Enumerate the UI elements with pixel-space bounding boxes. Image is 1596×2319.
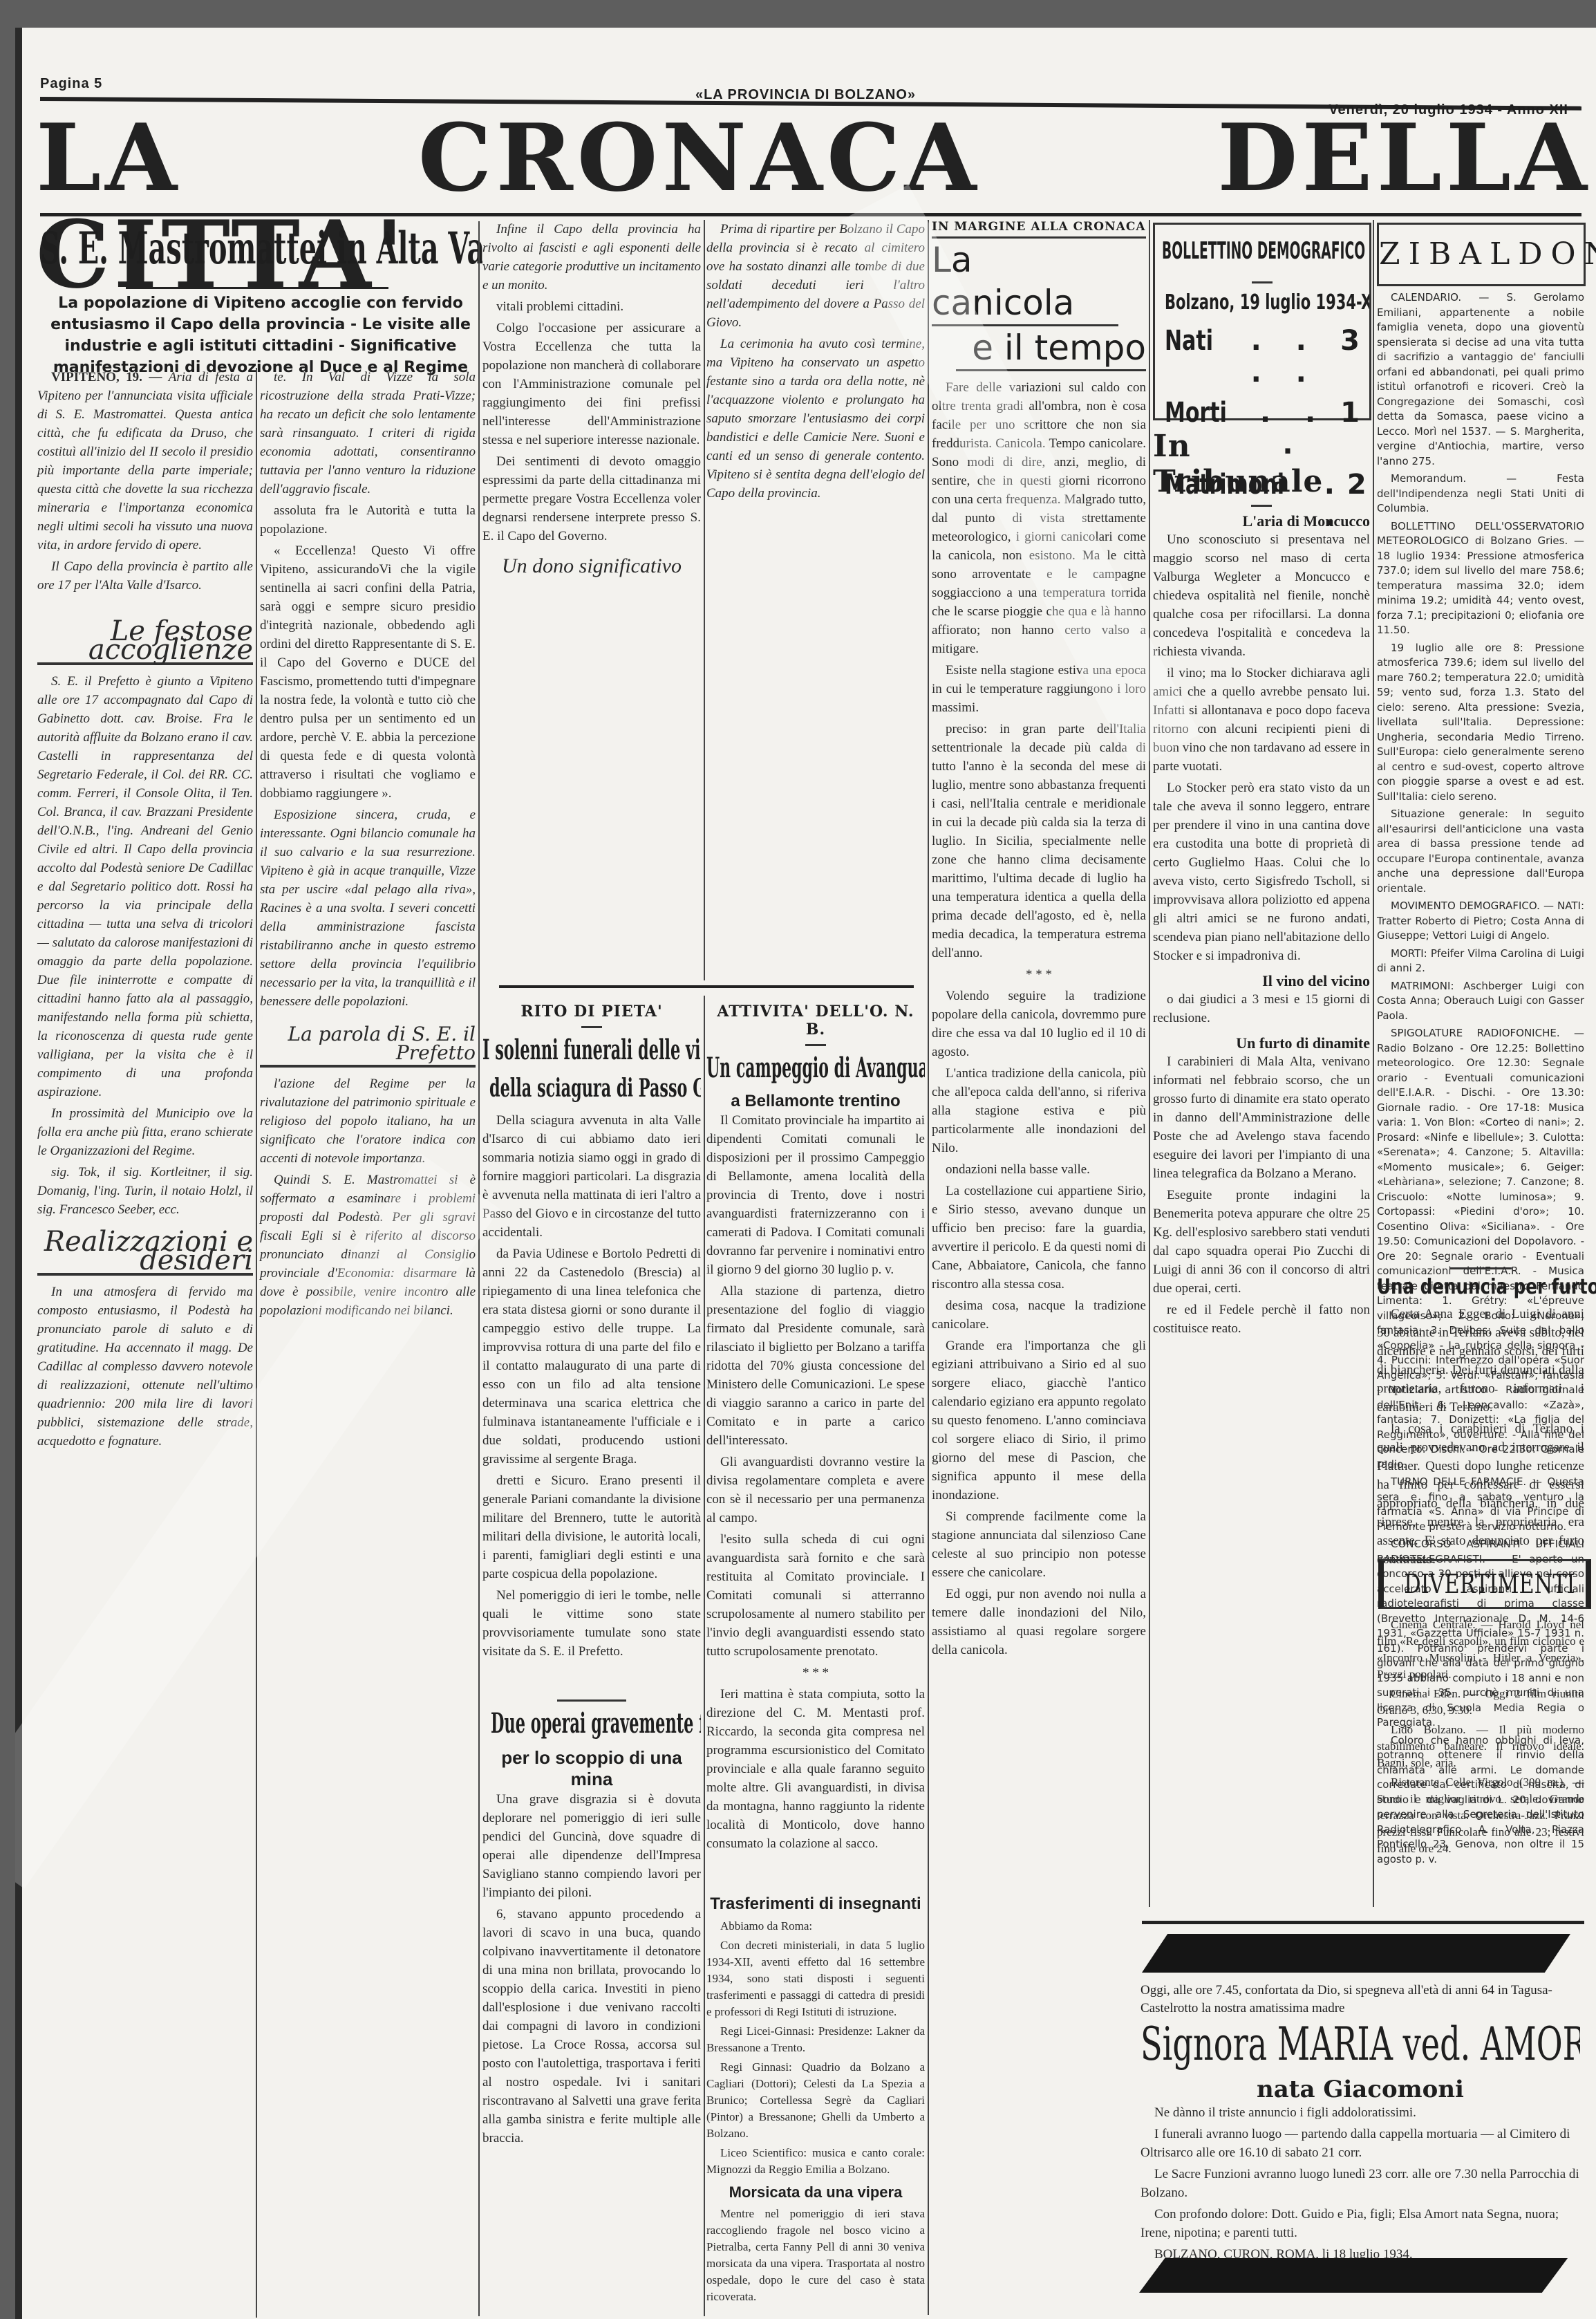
lead-headline: S. E. Mastromattei in Alta Valle d'Isarc… — [40, 218, 482, 280]
onb-subhead: a Bellamonte trentino — [706, 1092, 925, 1111]
onb-paragraph: Gli avanguardisti dovranno vestire la di… — [706, 1453, 925, 1527]
necrologio-paragraph: I funerali avranno luogo — partendo dall… — [1140, 2125, 1580, 2162]
col3-paragraph: Colgo l'occasione per assicurare a Vostr… — [482, 319, 701, 449]
lead-deck: La popolazione di Vipiteno accoglie con … — [50, 292, 471, 378]
page-binding-edge — [15, 28, 22, 2319]
lead-paragraph: te. In Val di Vizze la sola ricostruzion… — [260, 368, 476, 499]
canicola-paragraph: Volendo seguire la tradizione popolare d… — [932, 987, 1146, 1061]
onb-headline: Un campeggio di Avanguardisti — [706, 1052, 923, 1084]
trasferimenti-paragraph: Regi Licei-Ginnasi: Presidenze: Lakner d… — [706, 2023, 925, 2056]
zibaldone-paragraph: MATRIMONI: Aschberger Luigi con Costa An… — [1377, 979, 1584, 1024]
zibaldone-paragraph: Situazione generale: In seguito all'esau… — [1377, 807, 1584, 896]
tribunale-paragraph: re ed il Fedele perchè il fatto non cost… — [1153, 1301, 1370, 1338]
necrologio-nata: nata Giacomoni — [1140, 2076, 1580, 2103]
bollettino-date: Bolzano, 19 luglio 1934-XII — [1165, 290, 1369, 315]
canicola-paragraph: Si comprende facilmente come la stagione… — [932, 1507, 1146, 1582]
banner-rule — [40, 213, 1581, 216]
tribunale-subhead-2: Il vino del vicino — [1153, 972, 1370, 990]
tribunale-body-1: Uno sconosciuto si presentava nel maggio… — [1153, 530, 1370, 965]
section-divider — [557, 1699, 626, 1702]
tribunale-paragraph: I carabinieri di Mala Alta, venivano inf… — [1153, 1052, 1370, 1183]
canicola-headline-2: e il tempo — [956, 326, 1146, 371]
necrologio: Oggi, alle ore 7.45, confortata da Dio, … — [1140, 1982, 1580, 2266]
lead-paragraph: Esposizione sincera, cruda, e interessan… — [260, 805, 476, 1011]
section-dono: Un dono significativo — [482, 557, 701, 575]
lead-column-4: Prima di ripartire per Bolzano il Capo d… — [706, 220, 925, 505]
divertimenti-body: Cinema Centrale. — Harold Lloyd nel film… — [1377, 1617, 1584, 1860]
operai-body: Una grave disgrazia si è dovuta deplorar… — [482, 1790, 701, 2148]
onb-kicker: ATTIVITA' DELL'O. N. B. — [706, 1003, 925, 1039]
title-rule — [1252, 281, 1273, 283]
leader-dots: . . . . — [1229, 325, 1340, 389]
canicola-paragraph: desima cosa, nacque la tradizione canico… — [932, 1296, 1146, 1334]
section-festose: Le festose accoglienze — [37, 622, 253, 665]
divertimenti-box: DIVERTIMENTI — [1378, 1559, 1591, 1609]
zibaldone-paragraph: MORTI: Pfeifer Vilma Carolina di Luigi d… — [1377, 947, 1584, 976]
trasferimenti-paragraph: Liceo Scientifico: musica e canto corale… — [706, 2145, 925, 2178]
col3-paragraph: Infine il Capo della provincia ha rivolt… — [482, 220, 701, 295]
parola-paragraph: Quindi S. E. Mastromattei si è soffermat… — [260, 1171, 476, 1320]
zibaldone-paragraph: 19 luglio alle ore 8: Pressione atmosfer… — [1377, 641, 1584, 805]
festose-paragraph: S. E. il Prefetto è giunto a Vipiteno al… — [37, 672, 253, 1101]
col4-paragraph: Prima di ripartire per Bolzano il Capo d… — [706, 220, 925, 332]
tribunale-paragraph: il vino; ma lo Stocker dichiarava agli a… — [1153, 664, 1370, 776]
demographic-value: 3 — [1340, 325, 1360, 389]
bollettino-demografico-box: BOLLETTINO DEMOGRAFICO Bolzano, 19 lugli… — [1153, 223, 1371, 420]
zibaldone-box: ZIBALDONE — [1377, 223, 1586, 286]
operai-paragraph: 6, stavano appunto procedendo a lavori d… — [482, 1905, 701, 2148]
kicker-rule — [581, 1026, 602, 1028]
zibaldone-title: ZIBALDONE — [1379, 225, 1584, 284]
operai-headline: Due operai gravemente feriti — [491, 1707, 701, 1740]
parola-paragraph: l'azione del Regime per la rivalutazione… — [260, 1074, 476, 1168]
necrologio-paragraph: Ne dànno il triste annuncio i figli addo… — [1140, 2103, 1580, 2122]
lead-column-3: Infine il Capo della provincia ha rivolt… — [482, 220, 701, 581]
section-divider — [1449, 1267, 1512, 1269]
separator-asterisks: * * * — [706, 1664, 925, 1682]
tribunale-headline: In Tribunale — [1153, 429, 1370, 499]
canicola-paragraph: preciso: in gran parte dell'Italia sette… — [932, 720, 1146, 962]
rito-headline: I solenni funerali delle vittime — [482, 1034, 700, 1066]
divertimenti-paragraph: Cinema Centrale. — Harold Lloyd nel film… — [1377, 1617, 1584, 1683]
rito-kicker: RITO DI PIETA' — [482, 1003, 701, 1021]
zibaldone-paragraph: Memorandum. — Festa dell'Indipendenza ne… — [1377, 472, 1584, 516]
festose-paragraph: sig. Tok, il sig. Kortleitner, il sig. D… — [37, 1163, 253, 1219]
realizzazioni-paragraph: In una atmosfera di fervido ma composto … — [37, 1283, 253, 1451]
lead-column-2: te. In Val di Vizze la sola ricostruzion… — [260, 368, 476, 1323]
necrologio-name: Signora MARIA ved. AMORT — [1140, 2018, 1576, 2071]
tribunale-subhead-3: Un furto di dinamite — [1153, 1034, 1370, 1052]
column-rule — [704, 220, 705, 980]
section-divider — [499, 985, 914, 988]
divertimenti-title: DIVERTIMENTI — [1404, 1561, 1566, 1607]
operai-subhead: per lo scoppio di una mina — [482, 1747, 701, 1790]
lead-headline-block: S. E. Mastromattei in Alta Valle d'Isarc… — [40, 218, 482, 280]
denuncia-article: Una denuncia per furto Certa Anna Egger … — [1377, 1262, 1584, 1572]
onb-paragraph: Alla stazione di partenza, dietro presen… — [706, 1282, 925, 1450]
canicola-paragraph: La costellazione cui appartiene Sirio, e… — [932, 1182, 1146, 1294]
rito-paragraph: Nel pomeriggio di ieri le tombe, nelle q… — [482, 1586, 701, 1661]
trasferimenti-paragraph: Con decreti ministeriali, in data 5 lugl… — [706, 1937, 925, 2020]
canicola-paragraph: Fare delle variazioni sul caldo con oltr… — [932, 378, 1146, 658]
canicola-headline-1: La canicola — [932, 239, 1118, 326]
tribunale-subhead-1: L'aria di Moncucco — [1153, 512, 1370, 530]
denuncia-paragraph: Certa Anna Egger di Luigi di anni 30 abi… — [1377, 1305, 1584, 1417]
canicola-paragraph: ondazioni nella basse valle. — [932, 1160, 1146, 1179]
rito-body: Della sciagura avvenuta in alta Valle d'… — [482, 1111, 701, 1661]
tribunale-paragraph: o dai giudici a 3 mesi e 15 giorni di re… — [1153, 990, 1370, 1027]
kicker-rule — [805, 1044, 826, 1046]
lead-column-1: VIPITENO, 19. — Aria di festa a Vipiteno… — [37, 368, 253, 1453]
section-parola: La parola di S. E. il Prefetto — [260, 1025, 476, 1068]
section-realizzazioni: Realizzazioni e desideri — [37, 1233, 253, 1276]
newspaper-page: Pagina 5 «LA PROVINCIA DI BOLZANO» Vener… — [15, 28, 1596, 2319]
demographic-row: Nati. . . .3 — [1155, 321, 1369, 393]
separator-asterisks: * * * — [932, 965, 1146, 984]
tribunale-paragraph: Lo Stocker però era stato visto da un ta… — [1153, 779, 1370, 965]
tribunale-body-3: I carabinieri di Mala Alta, venivano inf… — [1153, 1052, 1370, 1338]
tribunale-body-2: o dai giudici a 3 mesi e 15 giorni di re… — [1153, 990, 1370, 1027]
trasferimenti-paragraph: Abbiamo da Roma: — [706, 1918, 925, 1935]
morsicata-headline: Morsicata da una vipera — [706, 2183, 925, 2201]
necrologio-paragraph: Con profondo dolore: Dott. Guido e Pia, … — [1140, 2205, 1580, 2242]
canicola-paragraph: Ed oggi, pur non avendo noi nulla a teme… — [932, 1585, 1146, 1659]
column-rule — [704, 996, 705, 2316]
tribunale-paragraph: Eseguite pronte indagini la Benemerita p… — [1153, 1186, 1370, 1298]
necrologio-body: Ne dànno il triste annuncio i figli addo… — [1140, 2103, 1580, 2264]
demographic-label: Nati — [1165, 325, 1213, 389]
divertimenti-paragraph: Ristorante Colle Virgolo (300 m.). — Son… — [1377, 1774, 1584, 1857]
onb-article: ATTIVITA' DELL'O. N. B. Un campeggio di … — [706, 1003, 925, 1856]
column-rule — [1373, 220, 1374, 1907]
canicola-paragraph: L'antica tradizione della canicola, più … — [932, 1064, 1146, 1157]
necrologio-rule — [1142, 1921, 1584, 1924]
rito-paragraph: da Pavia Udinese e Bortolo Pedretti di a… — [482, 1245, 701, 1469]
tribunale-article: In Tribunale L'aria di Moncucco Uno scon… — [1153, 429, 1370, 1341]
lead-headline-rule — [126, 287, 388, 289]
necrologio-paragraph: Le Sacre Funzioni avranno luogo lunedì 2… — [1140, 2165, 1580, 2202]
rito-subhead: della sciagura di Passo Giovo — [489, 1074, 701, 1103]
zibaldone-paragraph: BOLLETTINO DELL'OSSERVATORIO METEOROLOGI… — [1377, 519, 1584, 638]
col4-paragraph: La cerimonia ha avuto così termine, ma V… — [706, 335, 925, 503]
trasferimenti-paragraph: Regi Ginnasi: Quadrio da Bolzano a Cagli… — [706, 2059, 925, 2142]
divertimenti-paragraph: Lido Bolzano. — Il più moderno stabilime… — [1377, 1722, 1584, 1771]
lead-paragraph: Aria di festa a Vipiteno per l'annunciat… — [37, 370, 253, 552]
operai-article: Due operai gravemente feriti per lo scop… — [482, 1694, 701, 2150]
operai-paragraph: Una grave disgrazia si è dovuta deplorar… — [482, 1790, 701, 1902]
divertimenti-paragraph: Cinema Eden. — Oggi 2 film riuniti. Orar… — [1377, 1686, 1584, 1719]
col3-paragraph: Dei sentimenti di devoto omaggio espress… — [482, 452, 701, 546]
lead-paragraph: Il Capo della provincia è partito alle o… — [37, 559, 253, 593]
onb-paragraph: Ieri mattina è stata compiuta, sotto la … — [706, 1685, 925, 1853]
canicola-paragraph: Grande era l'importanza che gli egiziani… — [932, 1337, 1146, 1505]
rito-article: RITO DI PIETA' I solenni funerali delle … — [482, 1003, 701, 1664]
zibaldone-paragraph: CALENDARIO. — S. Gerolamo Emiliani, appa… — [1377, 290, 1584, 469]
rito-paragraph: Della sciagura avvenuta in alta Valle d'… — [482, 1111, 701, 1242]
trasferimenti-body: Abbiamo da Roma: Con decreti ministerial… — [706, 1918, 925, 2178]
column-rule — [256, 368, 257, 2318]
festose-paragraph: In prossimità del Municipio ove la folla… — [37, 1104, 253, 1160]
onb-body: Il Comitato provinciale ha impartito ai … — [706, 1111, 925, 1853]
canicola-body: Fare delle variazioni sul caldo con oltr… — [932, 378, 1146, 1659]
mourning-band-top — [1142, 1934, 1570, 1973]
mourning-band-bottom — [1139, 2258, 1568, 2293]
canicola-article: IN MARGINE ALLA CRONACA La canicola e il… — [932, 220, 1146, 1662]
necrologio-intro: Oggi, alle ore 7.45, confortata da Dio, … — [1140, 1982, 1580, 2018]
lead-paragraph: « Eccellenza! Questo Vi offre Vipiteno, … — [260, 541, 476, 803]
canicola-paragraph: Esiste nella stagione estiva una epoca i… — [932, 661, 1146, 717]
trasferimenti-article: Trasferimenti di insegnanti Abbiamo da R… — [706, 1894, 925, 2308]
headline-rule — [1251, 505, 1272, 507]
morsicata-body: Mentre nel pomeriggio di ieri stava racc… — [706, 2206, 925, 2305]
bollettino-title: BOLLETTINO DEMOGRAFICO — [1162, 237, 1369, 265]
denuncia-body: Certa Anna Egger di Luigi di anni 30 abi… — [1377, 1305, 1584, 1569]
canicola-kicker: IN MARGINE ALLA CRONACA — [932, 220, 1146, 239]
onb-paragraph: Il Comitato provinciale ha impartito ai … — [706, 1111, 925, 1279]
column-rule — [1149, 220, 1150, 1907]
col3-paragraph: vitali problemi cittadini. — [482, 297, 701, 316]
morsicata-paragraph: Mentre nel pomeriggio di ieri stava racc… — [706, 2206, 925, 2305]
trasferimenti-headline: Trasferimenti di insegnanti — [706, 1894, 925, 1914]
lead-paragraph: assoluta fra le Autorità e tutta la popo… — [260, 501, 476, 539]
lead-dateline: VIPITENO, 19. — — [51, 370, 162, 384]
denuncia-headline: Una denuncia per furto — [1377, 1275, 1547, 1299]
tribunale-paragraph: Uno sconosciuto si presentava nel maggio… — [1153, 530, 1370, 661]
column-rule — [928, 220, 929, 2315]
denuncia-paragraph: la cosa i carabinieri di Terlano i quali… — [1377, 1419, 1584, 1569]
zibaldone-paragraph: MOVIMENTO DEMOGRAFICO. — NATI: Tratter R… — [1377, 899, 1584, 944]
onb-paragraph: l'esito sulla scheda di cui ogni avangua… — [706, 1530, 925, 1661]
column-rule — [478, 221, 480, 2316]
rito-paragraph: dretti e Sicuro. Erano presenti il gener… — [482, 1471, 701, 1583]
